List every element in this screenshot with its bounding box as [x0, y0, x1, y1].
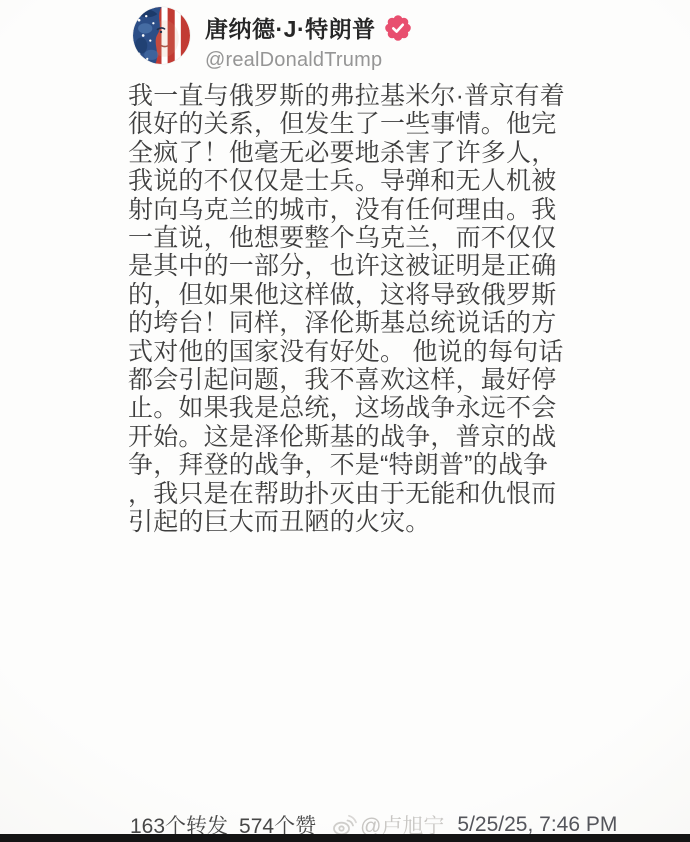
trump-flag-avatar-image: [133, 7, 190, 64]
author-name-row[interactable]: 唐纳德·J·特朗普: [205, 11, 411, 44]
verified-badge-icon: [385, 15, 411, 41]
avatar[interactable]: [133, 7, 190, 64]
author-name: 唐纳德·J·特朗普: [205, 11, 376, 44]
bottom-black-bar: [0, 834, 690, 842]
post-screenshot: 唐纳德·J·特朗普: [0, 0, 690, 842]
author-block: 唐纳德·J·特朗普: [205, 11, 411, 72]
post-body-text: 我一直与俄罗斯的弗拉基米尔·普京有着 很好的关系，但发生了一些事情。他完 全疯了…: [128, 82, 578, 537]
author-handle: @realDonaldTrump: [205, 49, 411, 72]
